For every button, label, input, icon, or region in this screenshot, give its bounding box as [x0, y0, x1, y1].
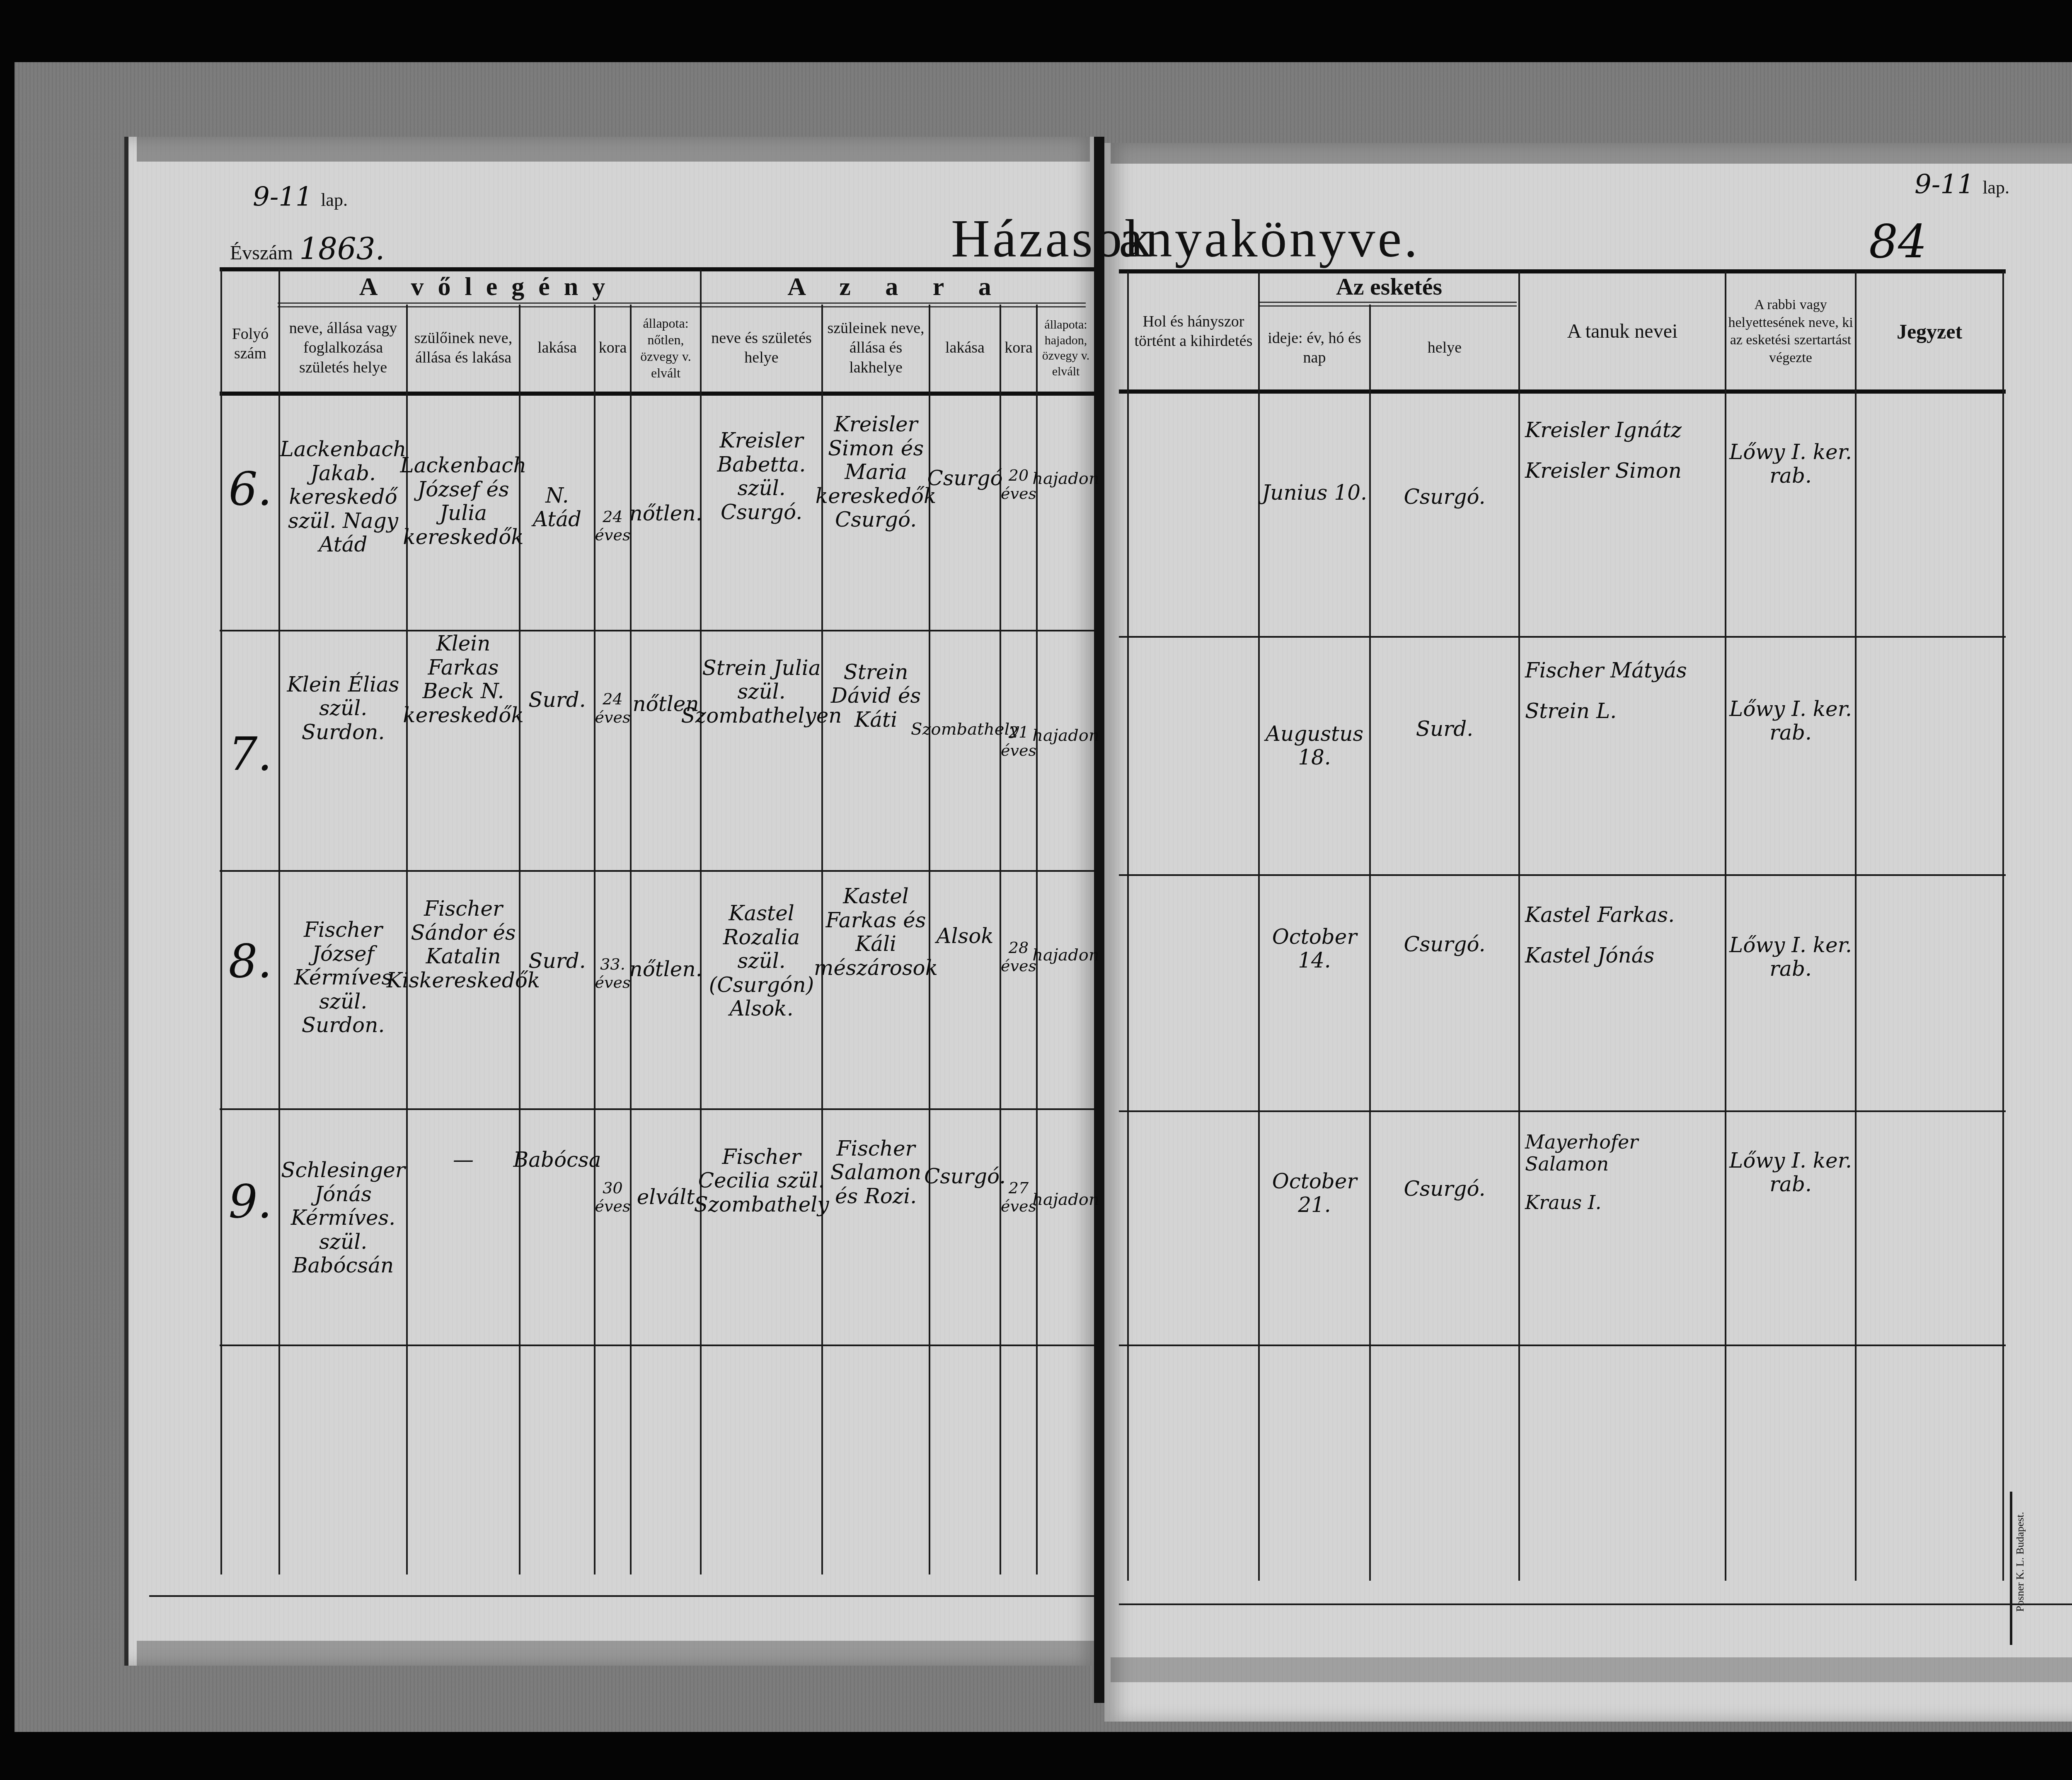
bride-parents: Kreisler Simon és Maria kereskedők Csurg…: [823, 402, 929, 543]
witness-name: Strein L.: [1525, 699, 1724, 723]
header-groom-status: állapota: nőtlen, özvegy v. elvált: [632, 307, 700, 389]
header-group-groom: A vőlegény: [278, 271, 700, 302]
groom-age: 24 éves: [595, 671, 630, 746]
bride-name: Fischer Cecilia szül. Szombathely: [702, 1119, 821, 1243]
groom-parents: Klein Farkas Beck N. kereskedők: [409, 638, 517, 721]
officiant: Lőwy I. ker. rab.: [1726, 671, 1855, 771]
groom-status: nőtlen.: [632, 945, 700, 994]
row-rule: [1119, 636, 2006, 638]
groom-residence: Surd.: [520, 671, 594, 729]
header-witnesses: A tanuk nevei: [1520, 273, 1725, 389]
header-groom-residence: lakása: [520, 307, 594, 389]
groom-name: Schlesinger Jónás Kérmíves. szül. Babócs…: [282, 1135, 404, 1301]
header-officiant: A rabbi vagy helyettesének neve, ki az e…: [1726, 273, 1855, 389]
printer-imprint: Posner K. L. Budapest.: [2014, 1512, 2026, 1612]
witness-name: Kastel Farkas.: [1525, 903, 1724, 927]
header-group-wedding: Az esketés: [1260, 271, 1518, 302]
page-ref-right: 9-11 lap.: [1915, 170, 2009, 201]
row-rule: [1119, 1110, 2006, 1112]
header-bride-name: neve és születés helye: [702, 307, 821, 389]
groom-residence: Surd.: [520, 936, 594, 986]
groom-status: nőtlen.: [632, 489, 700, 539]
witnesses: Kastel Farkas. Kastel Jónás: [1525, 903, 1724, 967]
groom-parents: Lackenbach József és Julia kereskedők: [409, 423, 517, 580]
wedding-place: Surd.: [1371, 696, 1518, 762]
officiant: Lőwy I. ker. rab.: [1726, 912, 1855, 1003]
groom-name: Klein Élias szül. Surdon.: [282, 646, 404, 771]
header-groom-age: kora: [595, 307, 630, 389]
row-rule: [1119, 874, 2006, 876]
bride-name: Kastel Rozalia szül. (Csurgón) Alsok.: [702, 891, 821, 1032]
row-rule: [220, 1345, 1094, 1346]
groom-status: elvált: [632, 1173, 700, 1222]
witnesses: Kreisler Ignátz Kreisler Simon: [1525, 418, 1724, 483]
bride-status: hajadon: [1038, 704, 1094, 767]
groom-residence: N. Atád: [520, 476, 594, 539]
header-banns: Hol és hányszor történt a kihirdetés: [1129, 273, 1258, 389]
witnesses: Fischer Mátyás Strein L.: [1525, 659, 1724, 723]
header-groom-parents: szülőinek neve, állása és lakása: [408, 307, 519, 389]
bride-status: hajadon: [1038, 1168, 1094, 1231]
notes: [1857, 912, 2002, 1003]
groom-age: 33. éves: [595, 936, 630, 1011]
notes: [1857, 671, 2002, 771]
header-notes: Jegyzet: [1857, 273, 2002, 389]
page-ref-value: 9-11: [253, 182, 312, 213]
header-wedding-place: helye: [1371, 307, 1518, 389]
notes: [1857, 418, 2002, 510]
header-bride-parents: szüleinek neve, állása és lakhelye: [823, 307, 929, 389]
witness-name: Mayerhofer Salamon: [1525, 1131, 1724, 1175]
bride-residence: Csurgó.: [930, 1144, 1000, 1210]
wedding-date: Augustus 18.: [1260, 704, 1369, 787]
margin-rule: [2010, 1492, 2012, 1645]
header-groom-name: neve, állása vagy foglalkozása születés …: [280, 307, 406, 389]
bride-status: hajadon: [1038, 447, 1094, 510]
officiant: Lőwy I. ker. rab.: [1726, 1127, 1855, 1218]
entry-number: 6.: [222, 435, 278, 543]
year-label: Évszám: [230, 242, 293, 264]
header-wedding-date: ideje: év, hó és nap: [1260, 307, 1369, 389]
header-bottom-rule: [220, 392, 1094, 396]
officiant: Lőwy I. ker. rab.: [1726, 418, 1855, 510]
bride-residence: Szombathely: [930, 688, 1000, 771]
witnesses: Mayerhofer Salamon Kraus I.: [1525, 1131, 1724, 1214]
row-rule: [220, 630, 1094, 631]
entry-number: 8.: [222, 920, 278, 1003]
wedding-place: Csurgó.: [1371, 912, 1518, 978]
bride-residence: Csurgó: [930, 447, 1000, 510]
groom-residence: Babócsa: [520, 1135, 594, 1185]
page-ref-suffix: lap.: [1982, 177, 2009, 198]
year-field: Évszám 1863.: [230, 232, 385, 266]
row-rule: [220, 870, 1094, 872]
witness-name: Kastel Jónás: [1525, 944, 1724, 968]
witness-name: Kreisler Ignátz: [1525, 418, 1724, 443]
groom-name: Fischer József Kérmíves szül. Surdon.: [282, 903, 404, 1052]
bride-age: 28 éves: [1001, 920, 1036, 994]
header-group-bride: A z a r a: [702, 271, 1091, 302]
groom-age: 30 éves: [595, 1160, 630, 1235]
header-bride-residence: lakása: [930, 307, 1000, 389]
witness-name: Kraus I.: [1525, 1192, 1724, 1214]
wedding-date: October 14.: [1260, 912, 1369, 986]
banns: [1129, 655, 1258, 779]
title-right: anyakönyve.: [1119, 205, 1420, 273]
page-ref-value: 9-11: [1915, 169, 1974, 200]
groom-parents: Fischer Sándor és Katalin Kiskereskedők: [409, 883, 517, 1007]
groom-name: Lackenbach Jakab. kereskedő szül. Nagy A…: [282, 414, 404, 580]
year-value: 1863.: [299, 232, 385, 266]
table-top-rule: [1119, 269, 2006, 273]
bride-name: Strein Julia szül. Szombathelyen: [702, 642, 821, 742]
bride-residence: Alsok: [930, 912, 1000, 961]
witness-name: Fischer Mátyás: [1525, 659, 1724, 683]
bride-age: 20 éves: [1001, 447, 1036, 522]
book-spine: [1094, 137, 1104, 1703]
bride-age: 27 éves: [1001, 1160, 1036, 1235]
page-edge-stain: [1111, 143, 2072, 164]
col-rule: [1518, 271, 1520, 1581]
row-rule: [1119, 1603, 2072, 1605]
groom-age: 24 éves: [595, 485, 630, 568]
banns: [1129, 1144, 1258, 1268]
entry-number: 7.: [222, 704, 278, 804]
notes: [1857, 1127, 2002, 1218]
page-edge-stain: [137, 1641, 1094, 1666]
page-ref-suffix: lap.: [321, 190, 348, 210]
wedding-place: Csurgó.: [1371, 456, 1518, 539]
page-ref-left: 9-11 lap.: [253, 182, 348, 213]
col-rule: [2002, 271, 2004, 1581]
groom-parents: —: [409, 1135, 517, 1185]
banns: [1129, 414, 1258, 539]
bride-name: Kreisler Babetta. szül. Csurgó.: [702, 410, 821, 543]
bride-parents: Kastel Farkas és Káli mészárosok: [823, 883, 929, 982]
banns: [1129, 903, 1258, 1028]
page-edge-stain: [137, 137, 1090, 162]
wedding-date: Junius 10.: [1260, 452, 1369, 534]
bride-status: hajadon: [1038, 924, 1094, 986]
header-folyo-szam: Folyó szám: [222, 298, 278, 389]
header-bride-status: állapota: hajadon, özvegy v. elvált: [1038, 307, 1094, 389]
bride-age: 21 éves: [1001, 704, 1036, 779]
header-bottom-rule: [1119, 389, 2006, 394]
row-rule: [1119, 1345, 2006, 1346]
folio-number: 84: [1869, 215, 1927, 268]
header-bride-age: kora: [1001, 307, 1036, 389]
page-edge-stain: [1111, 1657, 2072, 1682]
witness-name: Kreisler Simon: [1525, 459, 1724, 483]
row-rule: [149, 1595, 1094, 1597]
wedding-date: October 21.: [1260, 1152, 1369, 1235]
entry-number: 9.: [222, 1160, 278, 1243]
bride-parents: Fischer Salamon és Rozi.: [823, 1119, 929, 1226]
wedding-place: Csurgó.: [1371, 1156, 1518, 1222]
row-rule: [220, 1108, 1094, 1110]
